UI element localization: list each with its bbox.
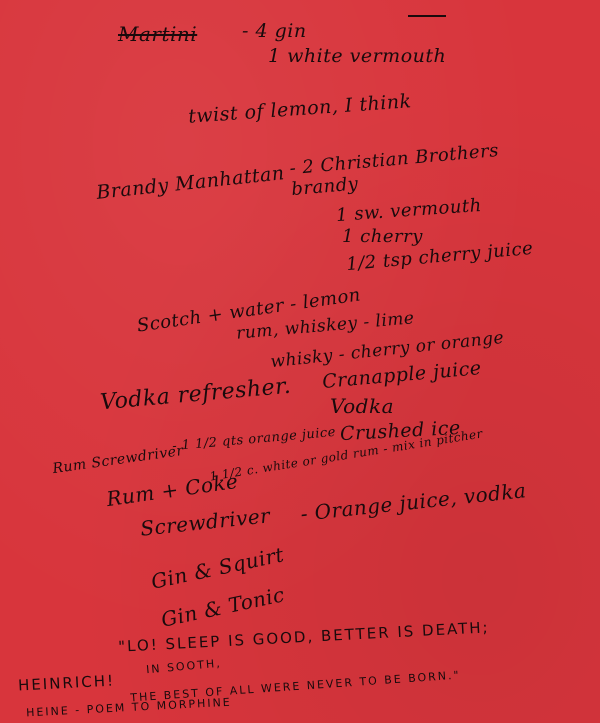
recipe-brandy-manhattan-title: Brandy Manhattan (95, 162, 285, 204)
recipe-brandy-manhattan-line: - 2 Christian Brothers brandy (289, 134, 572, 200)
recipe-screwdriver-title: Screwdriver (139, 503, 271, 540)
quote-line-2: IN SOOTH, (146, 657, 223, 677)
quote-attribution-left: HEINRICH! (18, 671, 116, 694)
recipe-brandy-manhattan-line: 1 cherry (342, 226, 423, 247)
recipe-screwdriver-line: - Orange juice, vodka (299, 478, 527, 526)
handwritten-page: Martini - 4 gin 1 white vermouth twist o… (0, 0, 600, 723)
recipe-martini-line: 1 white vermouth (268, 45, 446, 67)
recipe-rum-coke-title: Rum + Coke (105, 469, 240, 511)
recipe-rum-screwdriver-title: Rum Screwdriver (52, 443, 185, 477)
recipe-martini-line: twist of lemon, I think (188, 90, 413, 128)
dash-mark (408, 15, 446, 17)
recipe-rum-screwdriver-line: - 1 1/2 qts orange juice (172, 425, 337, 454)
recipe-vodka-refresher-line: Vodka (330, 394, 394, 418)
recipe-martini-title: Martini (118, 22, 197, 46)
recipe-brandy-manhattan-line: 1 sw. vermouth (335, 195, 482, 226)
recipe-vodka-refresher-title: Vodka refresher. (99, 374, 292, 416)
quote-source: HEINE - POEM TO MORPHINE (26, 696, 232, 720)
recipe-gin-tonic-title: Gin & Tonic (159, 582, 287, 632)
recipe-martini-line: - 4 gin (242, 20, 307, 42)
